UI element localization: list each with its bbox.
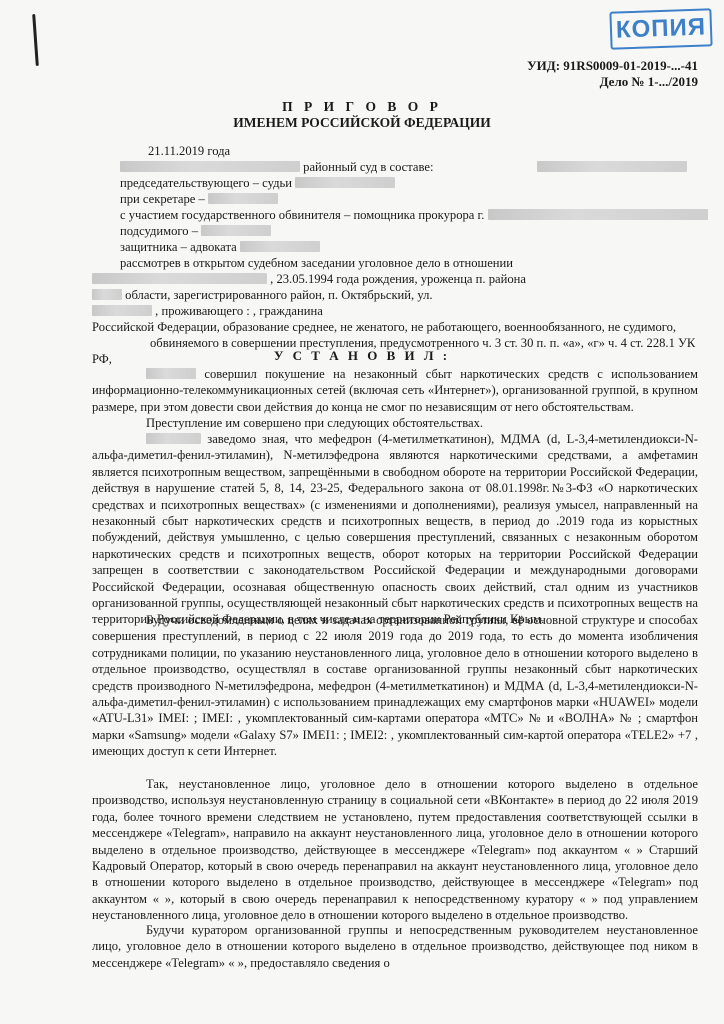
redaction bbox=[488, 209, 708, 220]
paragraph-3: заведомо зная, что мефедрон (4-метилметк… bbox=[92, 431, 698, 628]
redaction bbox=[92, 305, 152, 316]
considered-case: рассмотрев в открытом судебном заседании… bbox=[120, 255, 513, 271]
copy-stamp: КОПИЯ bbox=[609, 8, 712, 50]
paragraph-2: Преступление им совершено при следующих … bbox=[92, 415, 698, 431]
case-identifiers: УИД: 91RS0009-01-2019-...-41 Дело № 1-..… bbox=[527, 58, 698, 90]
presiding-judge: председательствующего – судьи bbox=[120, 175, 395, 191]
defendant-details-1: , 23.05.1994 года рождения, уроженца п. … bbox=[92, 271, 526, 287]
secretary: при секретаре – bbox=[120, 191, 278, 207]
redaction bbox=[146, 368, 196, 379]
defendant: подсудимого – bbox=[120, 223, 271, 239]
defendant-details-4: Российской Федерации, образование средне… bbox=[92, 319, 676, 335]
pen-mark bbox=[32, 14, 39, 66]
document-title: П Р И Г О В О Р ИМЕНЕМ РОССИЙСКОЙ ФЕДЕРА… bbox=[0, 99, 724, 131]
redaction bbox=[537, 161, 687, 172]
redaction bbox=[208, 193, 278, 204]
case-number: Дело № 1-.../2019 bbox=[527, 74, 698, 90]
title-subtitle: ИМЕНЕМ РОССИЙСКОЙ ФЕДЕРАЦИИ bbox=[0, 115, 724, 131]
redaction bbox=[120, 161, 300, 172]
redaction bbox=[146, 433, 201, 444]
verdict-date: 21.11.2019 года bbox=[148, 143, 230, 159]
section-established: У С Т А Н О В И Л : bbox=[0, 348, 724, 364]
paragraph-1: совершил покушение на незаконный сбыт на… bbox=[92, 366, 698, 415]
paragraph-4: Будучи осведомленным о целях и задачах о… bbox=[92, 612, 698, 760]
court-composition: районный суд в составе: bbox=[120, 159, 687, 175]
redaction bbox=[201, 225, 271, 236]
defendant-details-2: области, зарегистрированного район, п. О… bbox=[92, 287, 433, 303]
defendant-details-3: , проживающего : , гражданина bbox=[92, 303, 323, 319]
defender: защитника – адвоката bbox=[120, 239, 320, 255]
paragraph-5: Так, неустановленное лицо, уголовное дел… bbox=[92, 776, 698, 924]
redaction bbox=[92, 289, 122, 300]
redaction bbox=[240, 241, 320, 252]
court-verdict-page: КОПИЯ УИД: 91RS0009-01-2019-...-41 Дело … bbox=[0, 0, 724, 1024]
redaction bbox=[92, 273, 267, 284]
title-verdict: П Р И Г О В О Р bbox=[0, 99, 724, 115]
paragraph-6: Будучи куратором организованной группы и… bbox=[92, 922, 698, 971]
redaction bbox=[295, 177, 395, 188]
uid-label: УИД: 91RS0009-01-2019-...-41 bbox=[527, 58, 698, 74]
prosecutor: с участием государственного обвинителя –… bbox=[120, 207, 708, 223]
